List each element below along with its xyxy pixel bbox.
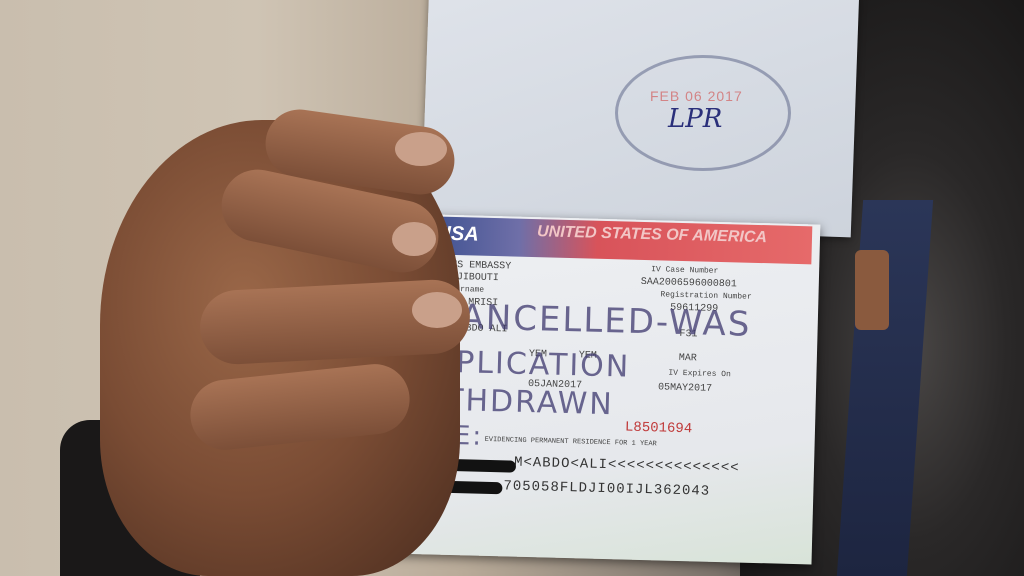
issuing-post: US EMBASSY [451, 260, 511, 273]
zipper-pull [855, 250, 889, 330]
case-number-label: IV Case Number [651, 265, 718, 276]
visa-serial: L8501694 [625, 420, 693, 438]
thumbnail [412, 292, 462, 328]
case-number: SAA2006596000801 [641, 277, 737, 291]
registration-label: Registration Number [660, 290, 751, 301]
residence-annotation: EVIDENCING PERMANENT RESIDENCE FOR 1 YEA… [485, 436, 657, 449]
expiry-label: IV Expires On [668, 369, 731, 380]
handwritten-lpr: LPR [668, 104, 722, 134]
mrz-line-1: M<ABDO<ALI<<<<<<<<<<<<<< [514, 455, 740, 477]
mrz-line-2: 705058FLDJI00IJL362043 [503, 478, 710, 499]
cancelled-stamp-line1: CANCELLED-WAS [434, 297, 752, 345]
marital-status: MAR [679, 353, 697, 364]
fingernail [395, 132, 447, 166]
expiry-date: 05MAY2017 [658, 382, 712, 394]
entry-stamp-date: FEB 06 2017 [650, 88, 743, 104]
fingernail [392, 222, 436, 256]
